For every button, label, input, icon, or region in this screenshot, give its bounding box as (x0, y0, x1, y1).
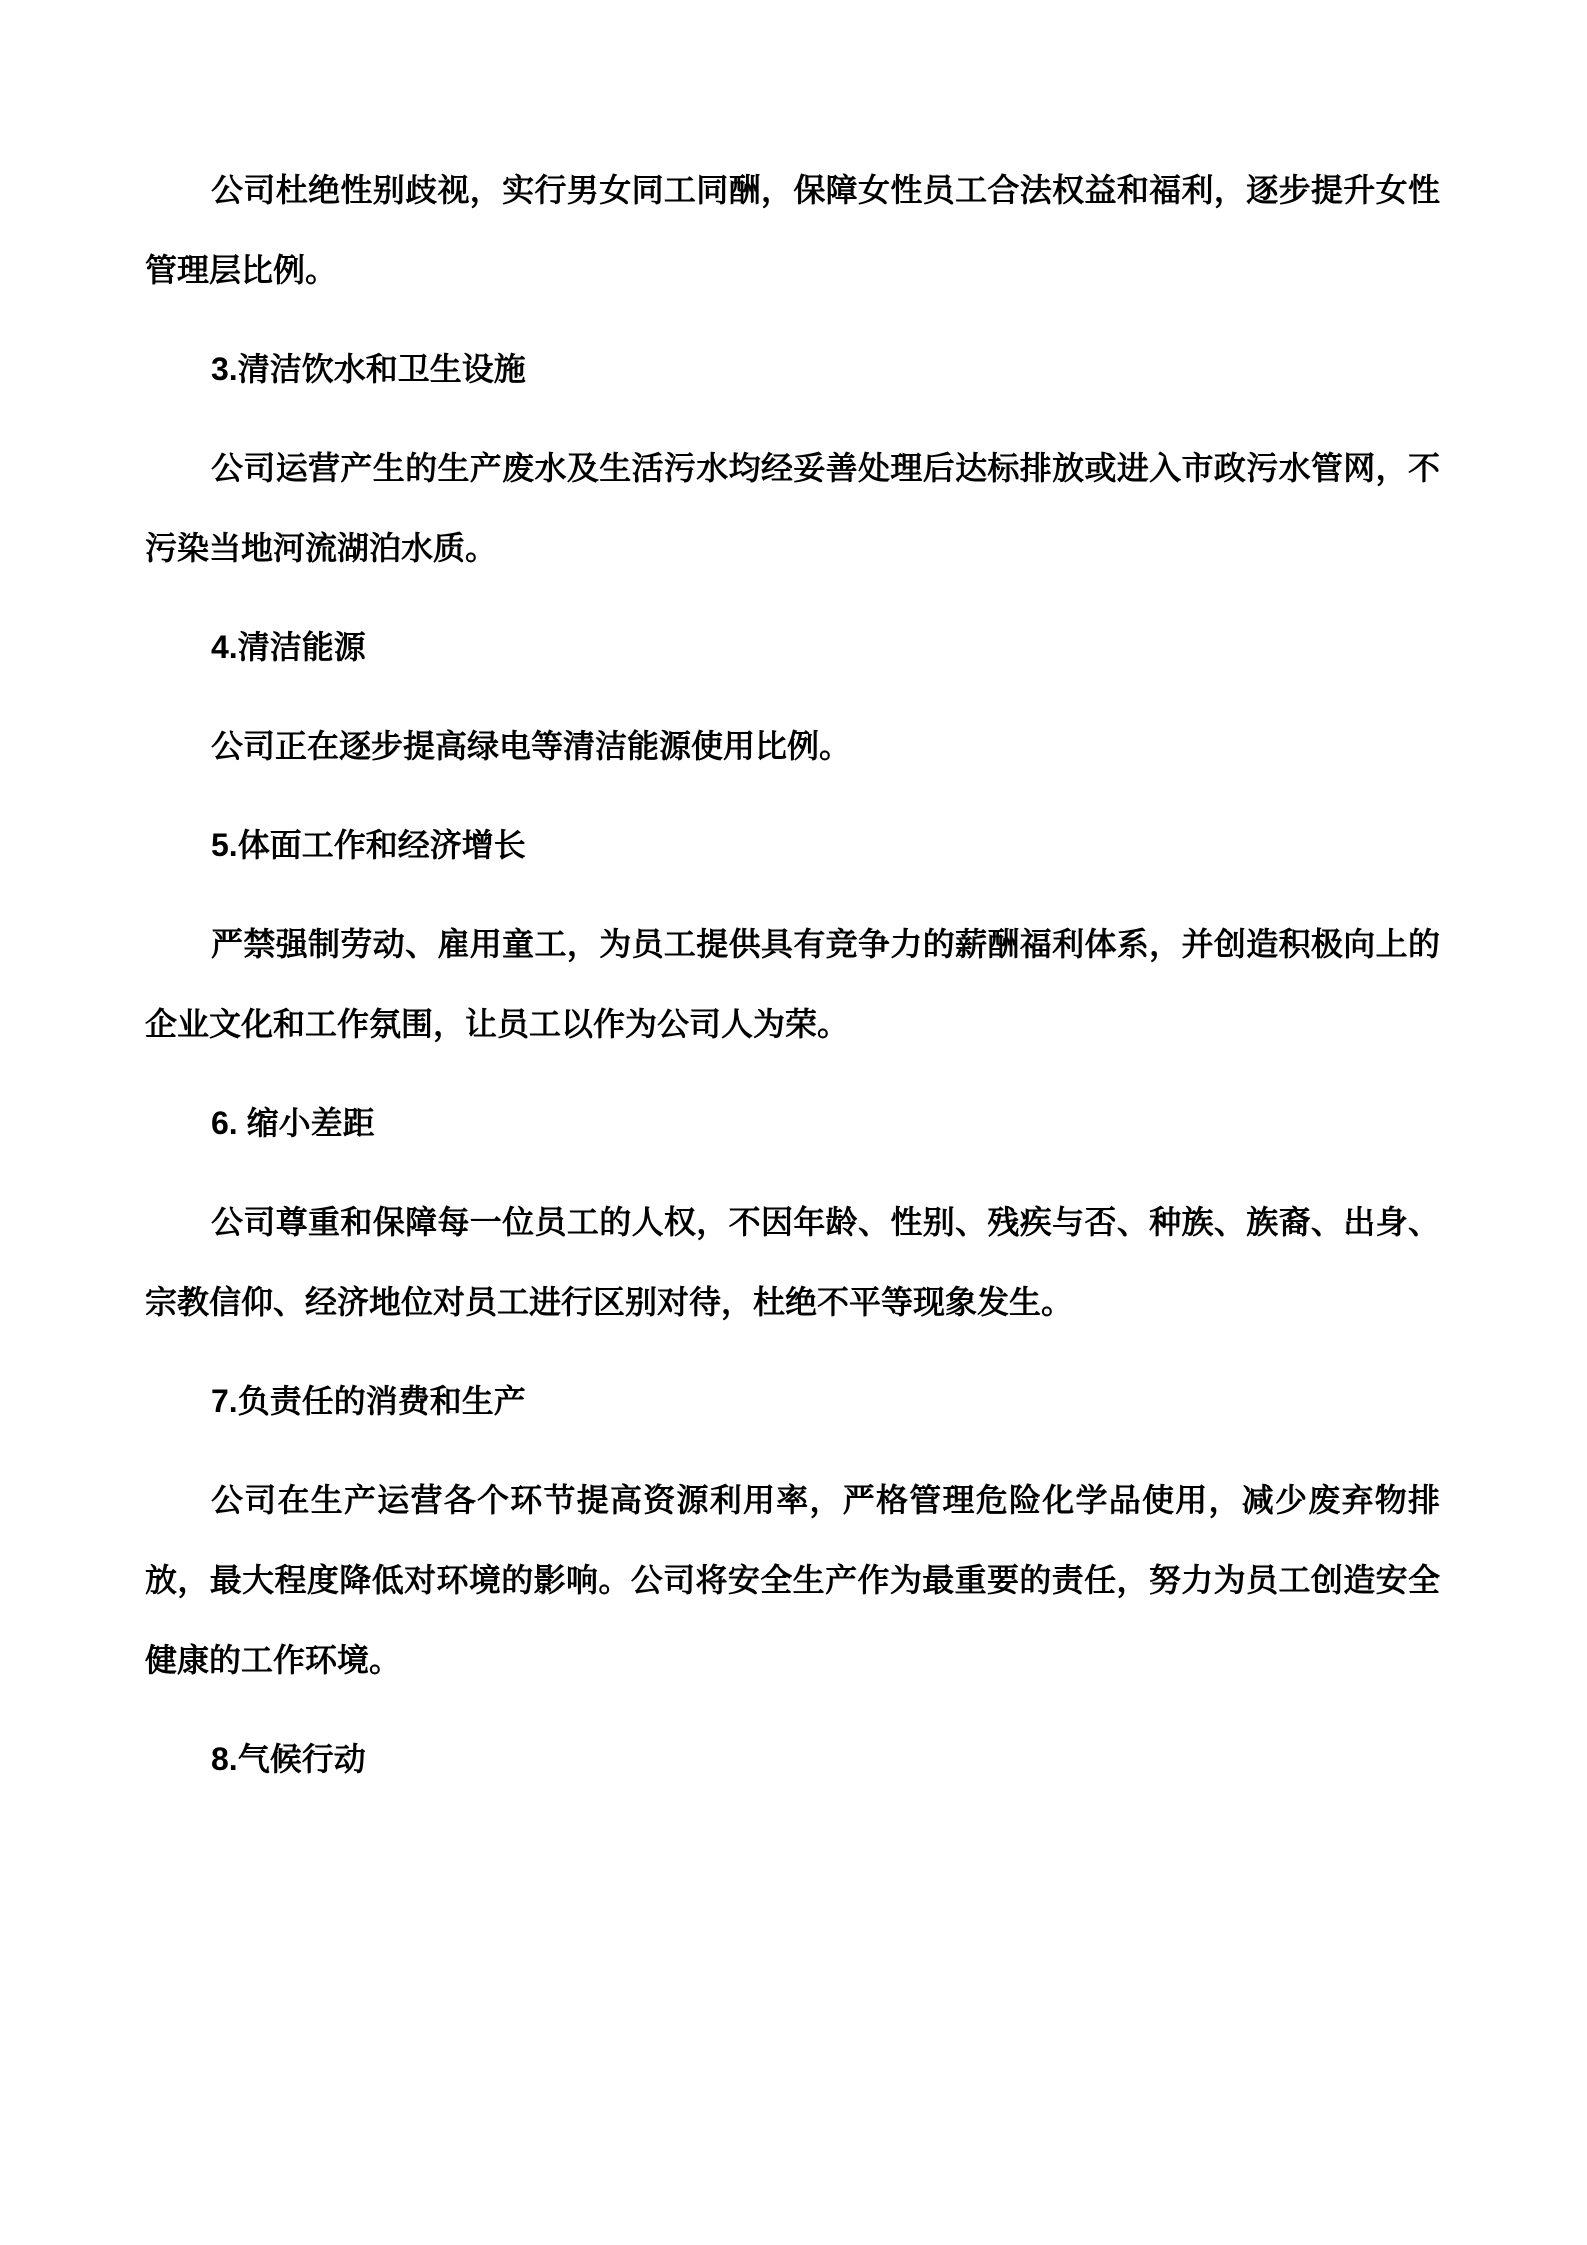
paragraph-green-power: 公司正在逐步提高绿电等清洁能源使用比例。 (145, 706, 1440, 786)
document-body: 公司杜绝性别歧视，实行男女同工同酬，保障女性员工合法权益和福利，逐步提升女性管理… (145, 150, 1440, 1799)
heading-responsible-consumption: 7.负责任的消费和生产 (145, 1361, 1440, 1441)
paragraph-wastewater: 公司运营产生的生产废水及生活污水均经妥善处理后达标排放或进入市政污水管网，不污染… (145, 428, 1440, 588)
heading-clean-energy: 4.清洁能源 (145, 607, 1440, 687)
paragraph-resource-safety: 公司在生产运营各个环节提高资源利用率，严格管理危险化学品使用，减少废弃物排放，最… (145, 1460, 1440, 1700)
paragraph-labor-rights: 严禁强制劳动、雇用童工，为员工提供具有竞争力的薪酬福利体系，并创造积极向上的企业… (145, 904, 1440, 1064)
heading-climate-action: 8.气候行动 (145, 1719, 1440, 1799)
heading-decent-work: 5.体面工作和经济增长 (145, 805, 1440, 885)
paragraph-gender-equality: 公司杜绝性别歧视，实行男女同工同酬，保障女性员工合法权益和福利，逐步提升女性管理… (145, 150, 1440, 310)
paragraph-human-rights: 公司尊重和保障每一位员工的人权，不因年龄、性别、残疾与否、种族、族裔、出身、宗教… (145, 1182, 1440, 1342)
heading-reduced-inequalities: 6. 缩小差距 (145, 1083, 1440, 1163)
heading-clean-water-sanitation: 3.清洁饮水和卫生设施 (145, 329, 1440, 409)
document-page: 公司杜绝性别歧视，实行男女同工同酬，保障女性员工合法权益和福利，逐步提升女性管理… (0, 0, 1587, 2245)
